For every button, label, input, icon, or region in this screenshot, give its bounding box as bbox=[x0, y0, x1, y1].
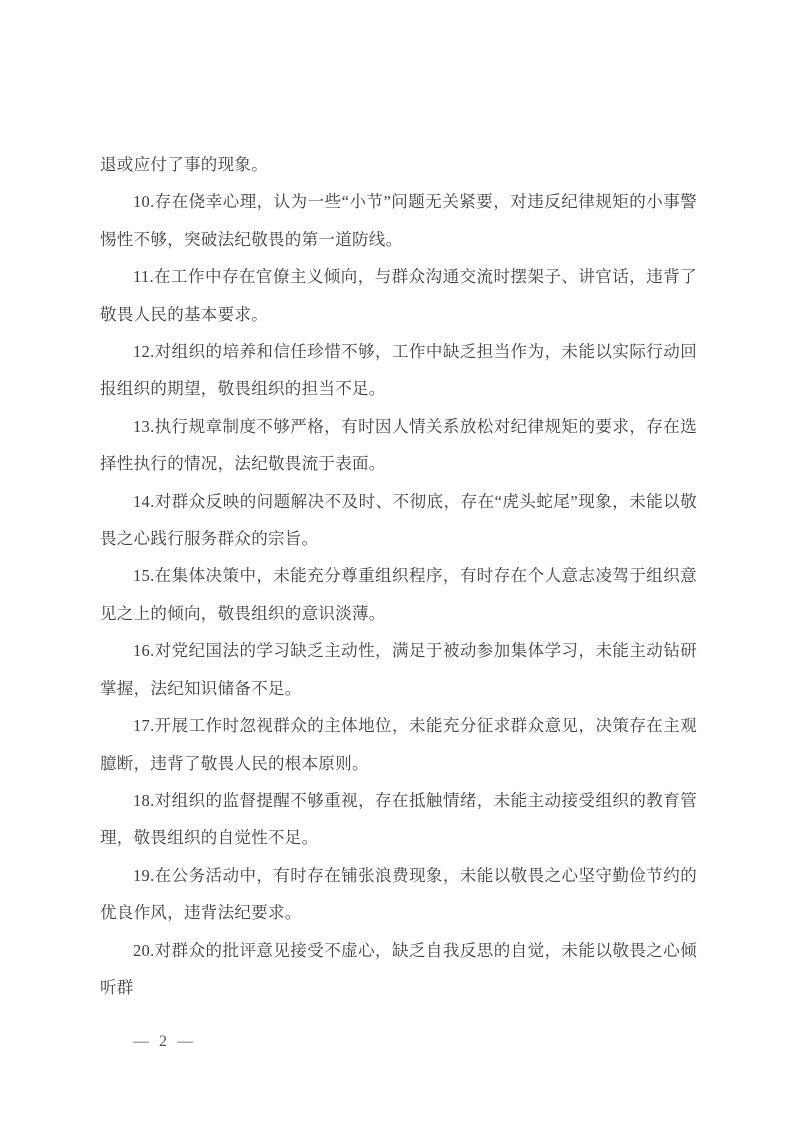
page-body-text: 退或应付了事的现象。 10.存在侥幸心理，认为一些“小节”问题无关紧要，对违反纪… bbox=[100, 146, 697, 1006]
paragraph-item-12: 12.对组织的培养和信任珍惜不够，工作中缺乏担当作为，未能以实际行动回报组织的期… bbox=[100, 333, 697, 408]
paragraph-item-15: 15.在集体决策中，未能充分尊重组织程序，有时存在个人意志凌驾于组织意见之上的倾… bbox=[100, 557, 697, 632]
paragraph-item-17: 17.开展工作时忽视群众的主体地位，未能充分征求群众意见，决策存在主观臆断，违背… bbox=[100, 707, 697, 782]
paragraph-item-14: 14.对群众反映的问题解决不及时、不彻底，存在“虎头蛇尾”现象，未能以敬畏之心践… bbox=[100, 483, 697, 558]
document-page: 退或应付了事的现象。 10.存在侥幸心理，认为一些“小节”问题无关紧要，对违反纪… bbox=[0, 0, 793, 1122]
paragraph-item-18: 18.对组织的监督提醒不够重视，存在抵触情绪，未能主动接受组织的教育管理，敬畏组… bbox=[100, 782, 697, 857]
paragraph-item-16: 16.对党纪国法的学习缺乏主动性，满足于被动参加集体学习，未能主动钻研掌握，法纪… bbox=[100, 632, 697, 707]
paragraph-item-19: 19.在公务活动中，有时存在铺张浪费现象，未能以敬畏之心坚守勤俭节约的优良作风，… bbox=[100, 857, 697, 932]
paragraph-item-13: 13.执行规章制度不够严格，有时因人情关系放松对纪律规矩的要求，存在选择性执行的… bbox=[100, 408, 697, 483]
page-number: — 2 — bbox=[133, 1030, 196, 1054]
paragraph-item-10: 10.存在侥幸心理，认为一些“小节”问题无关紧要，对违反纪律规矩的小事警惕性不够… bbox=[100, 183, 697, 258]
paragraph-item-20: 20.对群众的批评意见接受不虚心，缺乏自我反思的自觉，未能以敬畏之心倾听群 bbox=[100, 932, 697, 1007]
paragraph-continuation: 退或应付了事的现象。 bbox=[100, 146, 697, 183]
paragraph-item-11: 11.在工作中存在官僚主义倾向，与群众沟通交流时摆架子、讲官话，违背了敬畏人民的… bbox=[100, 258, 697, 333]
